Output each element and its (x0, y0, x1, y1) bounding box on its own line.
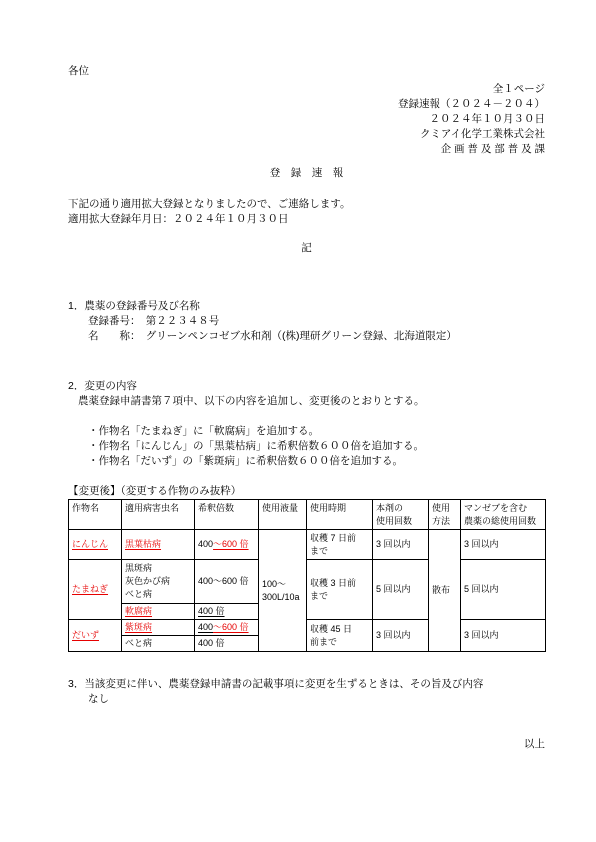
col-header-method: 使用 方法 (429, 500, 461, 530)
col-header-total-uses: マンゼブを含む 農薬の総使用回数 (461, 500, 546, 530)
col-header-crop: 作物名 (69, 500, 122, 530)
section2: 2．変更の内容 農薬登録申請書第７項中、以下の内容を追加し、変更後のとおりとする… (68, 379, 545, 469)
registration-date-line: 適用拡大登録年月日：２０２４年１０月３０日 (68, 212, 545, 227)
col-header-disease: 適用病害虫名 (122, 500, 195, 530)
table-row: だいず 紫斑病 400～600 倍 収穫 45 日 前まで 3 回以内 3 回以… (69, 620, 546, 636)
cell-timing-soybean: 収穫 45 日 前まで (307, 620, 373, 652)
section2-heading: 2．変更の内容 (68, 379, 545, 394)
bullet-item: ・作物名「たまねぎ」に「軟腐病」を追加する。 (88, 424, 545, 439)
section2-description: 農薬登録申請書第７項中、以下の内容を追加し、変更後のとおりとする。 (68, 394, 545, 409)
cell-timing-onion: 収穫 3 日前 まで (307, 560, 373, 620)
ki-marker: 記 (68, 241, 545, 256)
table-row: にんじん 黒葉枯病 400～600 倍 100～ 300L/10a 収穫 7 日… (69, 530, 546, 560)
col-header-volume: 使用液量 (259, 500, 307, 530)
table-row: たまねぎ 黒斑病 灰色かび病 べと病 400～600 倍 収穫 3 日前 まで … (69, 560, 546, 604)
cell-disease-soybean-changed: 紫斑病 (122, 620, 195, 636)
section3-answer: なし (68, 692, 545, 707)
cell-dilution-onion-existing: 400～600 倍 (195, 560, 259, 604)
cell-volume-all: 100～ 300L/10a (259, 530, 307, 652)
page-count: 全１ページ (68, 82, 545, 97)
table-header-row: 作物名 適用病害虫名 希釈倍数 使用液量 使用時期 本剤の 使用回数 使用 方法… (69, 500, 546, 530)
bullet-item: ・作物名「にんじん」の「黒葉枯病」に希釈倍数６００倍を追加する。 (88, 439, 545, 454)
section1: 1．農薬の登録番号及び名称 登録番号： 第２２３４８号 名 称： グリーンペンコ… (68, 299, 545, 344)
intro-block: 下記の通り適用拡大登録となりましたので、ご連絡します。 適用拡大登録年月日：２０… (68, 197, 545, 227)
cell-dilution-soybean-existing: 400 倍 (195, 636, 259, 652)
company-name: クミアイ化学工業株式会社 (68, 127, 545, 142)
document-page: 各位 全１ページ 登録速報（２０２４－２０４） ２０２４年１０月３０日 クミアイ… (0, 0, 596, 842)
change-table: 作物名 適用病害虫名 希釈倍数 使用液量 使用時期 本剤の 使用回数 使用 方法… (68, 499, 546, 652)
issue-date: ２０２４年１０月３０日 (68, 112, 545, 127)
cell-uses-onion: 5 回以内 (373, 560, 429, 620)
section3: 3．当該変更に伴い、農薬登録申請書の記載事項に変更を生ずるときは、その旨及び内容… (68, 677, 545, 707)
cell-total-soybean: 3 回以内 (461, 620, 546, 652)
col-header-timing: 使用時期 (307, 500, 373, 530)
cell-dilution-carrot: 400～600 倍 (195, 530, 259, 560)
product-name-line: 名 称： グリーンペンコゼブ水和剤（(株)理研グリーン登録、北海道限定） (68, 329, 545, 344)
registration-number-line: 登録番号： 第２２３４８号 (68, 314, 545, 329)
col-header-dilution: 希釈倍数 (195, 500, 259, 530)
salutation: 各位 (68, 64, 545, 79)
cell-method-all: 散布 (429, 530, 461, 652)
cell-crop-carrot: にんじん (69, 530, 122, 560)
cell-disease-onion-added: 軟腐病 (122, 604, 195, 620)
cell-uses-soybean: 3 回以内 (373, 620, 429, 652)
cell-crop-onion: たまねぎ (69, 560, 122, 620)
cell-dilution-soybean-changed: 400～600 倍 (195, 620, 259, 636)
bullet-item: ・作物名「だいず」の「紫斑病」に希釈倍数６００倍を追加する。 (88, 454, 545, 469)
closing-mark: 以上 (68, 737, 545, 752)
section3-heading: 3．当該変更に伴い、農薬登録申請書の記載事項に変更を生ずるときは、その旨及び内容 (68, 677, 545, 692)
col-header-uses: 本剤の 使用回数 (373, 500, 429, 530)
cell-disease-carrot: 黒葉枯病 (122, 530, 195, 560)
table-caption: 【変更後】（変更する作物のみ抜粋） (68, 484, 545, 499)
bulletin-number: 登録速報（２０２４－２０４） (68, 97, 545, 112)
intro-line: 下記の通り適用拡大登録となりましたので、ご連絡します。 (68, 197, 545, 212)
section1-heading: 1．農薬の登録番号及び名称 (68, 299, 545, 314)
cell-timing-carrot: 収穫 7 日前 まで (307, 530, 373, 560)
document-title: 登 録 速 報 (68, 166, 545, 181)
cell-crop-soybean: だいず (69, 620, 122, 652)
letterhead: 全１ページ 登録速報（２０２４－２０４） ２０２４年１０月３０日 クミアイ化学工… (68, 82, 545, 157)
cell-uses-carrot: 3 回以内 (373, 530, 429, 560)
department-name: 企 画 普 及 部 普 及 課 (68, 142, 545, 157)
change-bullet-list: ・作物名「たまねぎ」に「軟腐病」を追加する。 ・作物名「にんじん」の「黒葉枯病」… (68, 424, 545, 469)
cell-dilution-onion-added: 400 倍 (195, 604, 259, 620)
cell-total-onion: 5 回以内 (461, 560, 546, 620)
cell-total-carrot: 3 回以内 (461, 530, 546, 560)
cell-disease-soybean-existing: べと病 (122, 636, 195, 652)
cell-disease-onion-existing: 黒斑病 灰色かび病 べと病 (122, 560, 195, 604)
